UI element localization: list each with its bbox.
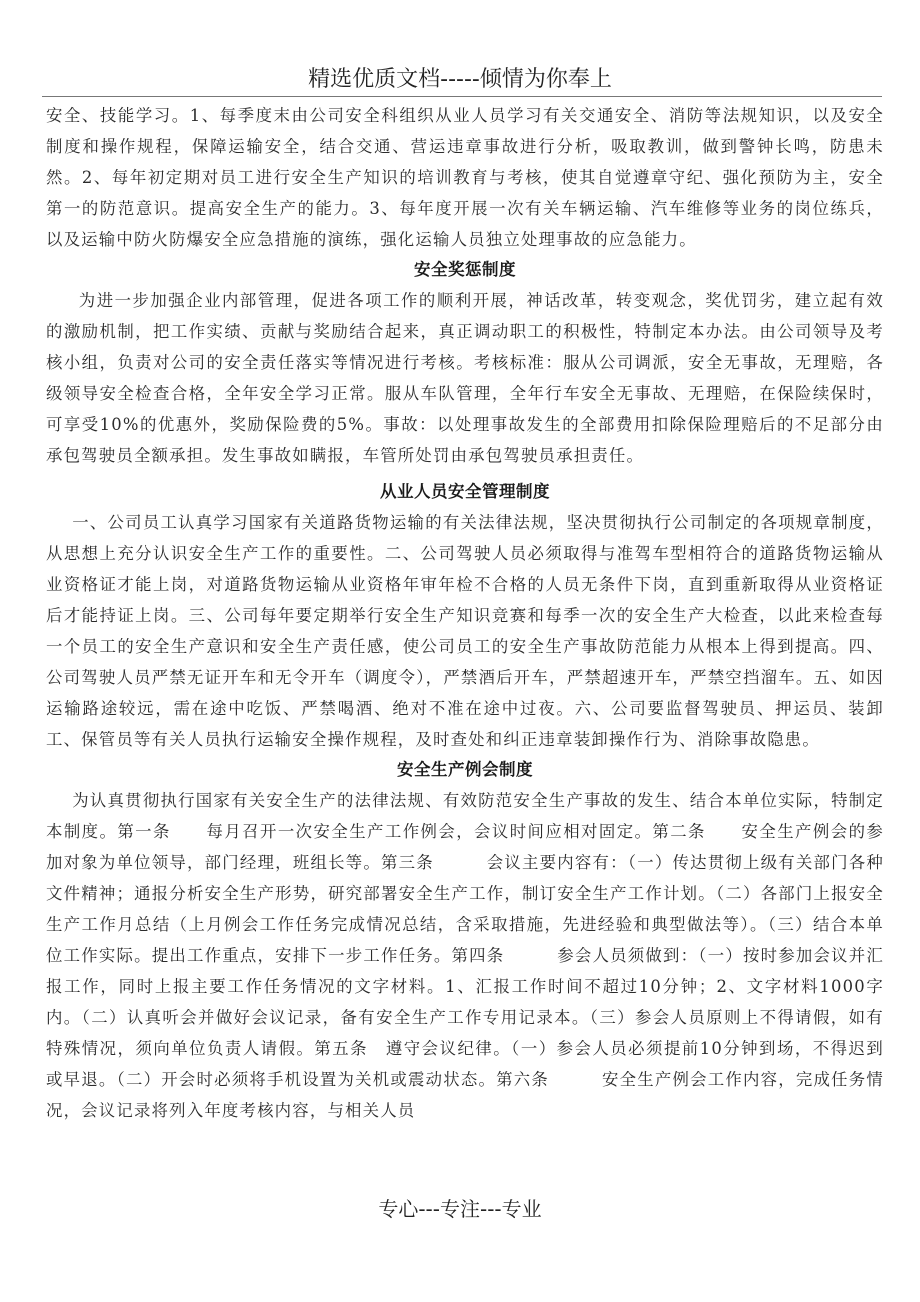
section-title-staff-safety-management: 从业人员安全管理制度 <box>46 477 884 507</box>
paragraph-safety-meeting: 为认真贯彻执行国家有关安全生产的法律法规、有效防范安全生产事故的发生、结合本单位… <box>46 785 884 1126</box>
page-footer: 专心---专注---专业 <box>0 1194 920 1224</box>
section-title-rewards-penalties: 安全奖惩制度 <box>46 255 884 285</box>
section-title-safety-meeting: 安全生产例会制度 <box>46 755 884 785</box>
header-divider <box>42 96 882 97</box>
page-header: 精选优质文档-----倾情为你奉上 <box>0 64 920 96</box>
paragraph-staff-safety-management: 一、公司员工认真学习国家有关道路货物运输的有关法律法规，坚决贯彻执行公司制定的各… <box>46 507 884 755</box>
paragraph-safety-training: 安全、技能学习。1、每季度末由公司安全科组织从业人员学习有关交通安全、消防等法规… <box>46 100 884 255</box>
paragraph-rewards-penalties: 为进一步加强企业内部管理，促进各项工作的顺利开展，神话改革，转变观念，奖优罚劣，… <box>46 285 884 471</box>
document-body: 安全、技能学习。1、每季度末由公司安全科组织从业人员学习有关交通安全、消防等法规… <box>46 100 884 1126</box>
